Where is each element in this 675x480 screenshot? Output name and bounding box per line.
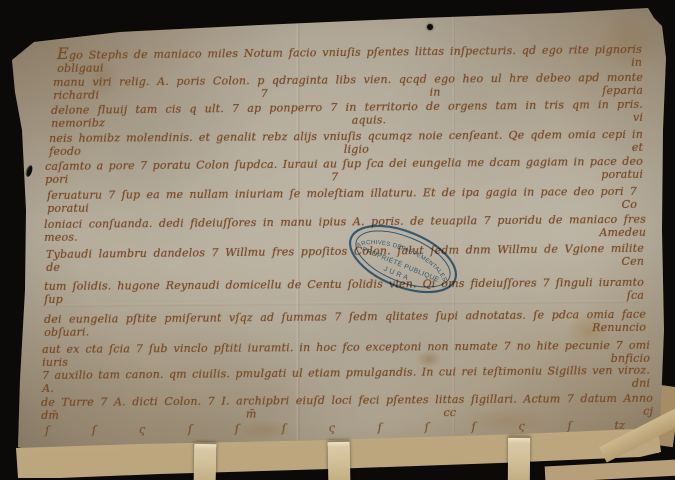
- archives-jura-stamp: ARCHIVES DÉPARTEMENTALES PROPRIÉTÉ PUBLI…: [334, 210, 474, 310]
- seal-tag: [328, 440, 351, 480]
- parchment-hole: [427, 24, 433, 30]
- photo-background: Ego Stephs de maniaco miles Notum facio …: [0, 0, 675, 480]
- manuscript-line: dei eungelia pſtite pmiſerunt vſqz ad ſu…: [44, 308, 646, 339]
- seal-tag: [508, 436, 530, 480]
- manuscript-line: delone fluuij tam cis q ult. 7 ap ponper…: [51, 98, 643, 130]
- manuscript-line: neis homibz molendinis. et genalit rebz …: [49, 128, 643, 158]
- manuscript-line: de Turre 7 A. dicti Colon. 7 I. archipbr…: [41, 392, 653, 422]
- manuscript-line: caſamto a pore 7 poratu Colon ſupdca. Iu…: [45, 155, 643, 186]
- seal-tag: [194, 442, 217, 480]
- parchment-hole: [24, 164, 33, 177]
- manuscript-line: manu viri relig. A. poris Colon. p qdrag…: [53, 71, 643, 102]
- manuscript-line: 7 auxilio tam canon. qm ciuilis. pmulgat…: [42, 364, 650, 395]
- parchment-tag-fragment: [545, 460, 675, 480]
- manuscript-line: Ego Stephs de maniaco miles Notum facio …: [57, 41, 642, 75]
